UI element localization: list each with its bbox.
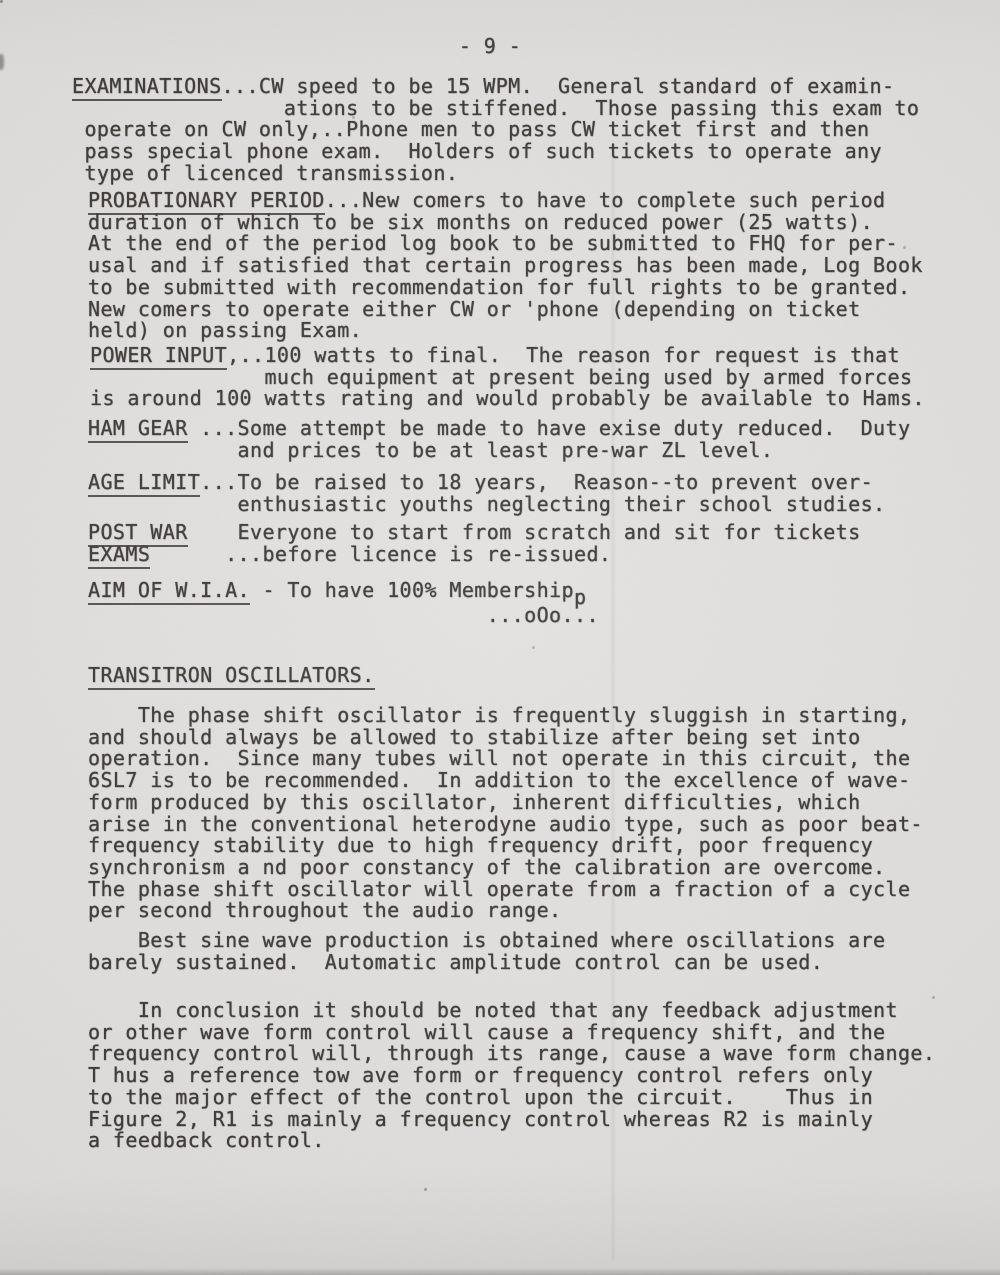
text-line: Figure 2, R1 is mainly a frequency contr… bbox=[88, 1109, 948, 1131]
text-segment: The phase shift oscillator will operate … bbox=[88, 877, 910, 901]
text-line: type of licenced transmission. bbox=[72, 163, 932, 185]
section-heading: TRANSITRON OSCILLATORS. bbox=[88, 665, 948, 687]
section-transitron-para-3: In conclusion it should be noted that an… bbox=[88, 1000, 948, 1152]
text-segment: New comers to operate either CW or 'phon… bbox=[88, 297, 861, 321]
text-segment: synchronism a nd poor constancy of the c… bbox=[88, 855, 886, 879]
section-probationary-period: PROBATIONARY PERIOD...New comers to have… bbox=[88, 190, 948, 342]
text-line: HAM GEAR ...Some attempt be made to have… bbox=[88, 418, 948, 440]
text-line: PROBATIONARY PERIOD...New comers to have… bbox=[88, 190, 948, 212]
text-segment: arise in the conventional heterodyne aud… bbox=[88, 812, 923, 836]
text-line: frequency control will, through its rang… bbox=[88, 1043, 948, 1065]
text-segment: T hus a reference tow ave form or freque… bbox=[88, 1063, 873, 1087]
text-segment: The phase shift oscillator is frequently… bbox=[88, 703, 910, 727]
text-line: POST WAR Everyone to start from scratch … bbox=[88, 522, 948, 544]
text-segment: In conclusion it should be noted that an… bbox=[88, 998, 898, 1022]
text-line: or other wave form control will cause a … bbox=[88, 1022, 948, 1044]
text-segment: to the major effect of the control upon … bbox=[88, 1085, 873, 1109]
text-line: ations to be stiffened. Those passing th… bbox=[72, 98, 932, 120]
text-segment: is around 100 watts rating and would pro… bbox=[90, 386, 925, 410]
text-line: duration of which to be six months on re… bbox=[88, 212, 948, 234]
text-segment: Figure 2, R1 is mainly a frequency contr… bbox=[88, 1107, 873, 1131]
text-segment: usal and if satisfied that certain progr… bbox=[88, 253, 923, 277]
text-segment: or other wave form control will cause a … bbox=[88, 1020, 886, 1044]
text-line: synchronism a nd poor constancy of the c… bbox=[88, 857, 948, 879]
section-transitron-para-2: Best sine wave production is obtained wh… bbox=[88, 930, 948, 973]
text-segment: ...CW speed to be 15 WPM. General standa… bbox=[222, 74, 895, 98]
text-segment: - To have 100% Membership bbox=[250, 578, 574, 602]
text-line: to be submitted with recommendation for … bbox=[88, 277, 948, 299]
text-segment: frequency control will, through its rang… bbox=[88, 1041, 935, 1065]
text-segment: ...New comers to have to complete such p… bbox=[325, 188, 886, 212]
text-segment: frequency stability due to high frequenc… bbox=[88, 833, 873, 857]
text-segment: held) on passing Exam. bbox=[88, 318, 362, 342]
section-examinations: EXAMINATIONS...CW speed to be 15 WPM. Ge… bbox=[72, 76, 932, 185]
text-line: EXAMINATIONS...CW speed to be 15 WPM. Ge… bbox=[72, 76, 932, 98]
text-segment: a feedback control. bbox=[88, 1128, 325, 1152]
text-line: barely sustained. Automatic amplitude co… bbox=[88, 952, 948, 974]
topic-label: TRANSITRON OSCILLATORS. bbox=[88, 663, 375, 690]
text-segment: Everyone to start from scratch and sit f… bbox=[188, 520, 861, 544]
text-line: At the end of the period log book to be … bbox=[88, 233, 948, 255]
section-ham-gear: HAM GEAR ...Some attempt be made to have… bbox=[88, 418, 948, 461]
text-line: The phase shift oscillator is frequently… bbox=[88, 705, 948, 727]
text-line: held) on passing Exam. bbox=[88, 320, 948, 342]
text-segment: ...before licence is re-issued. bbox=[150, 542, 611, 566]
text-segment: barely sustained. Automatic amplitude co… bbox=[88, 950, 823, 974]
text-line: is around 100 watts rating and would pro… bbox=[90, 388, 950, 410]
text-line: POWER INPUT,..100 watts to final. The re… bbox=[90, 345, 950, 367]
text-segment: ,..100 watts to final. The reason for re… bbox=[227, 343, 900, 367]
text-segment: operation. Since many tubes will not ope… bbox=[88, 746, 910, 770]
text-line: and should always be allowed to stabiliz… bbox=[88, 727, 948, 749]
text-line: The phase shift oscillator will operate … bbox=[88, 879, 948, 901]
text-line: pass special phone exam. Holders of such… bbox=[72, 141, 932, 163]
document-content: EXAMINATIONS...CW speed to be 15 WPM. Ge… bbox=[0, 0, 1000, 1275]
text-segment: Best sine wave production is obtained wh… bbox=[88, 928, 886, 952]
text-segment: to be submitted with recommendation for … bbox=[88, 275, 910, 299]
section-transitron-para-1: The phase shift oscillator is frequently… bbox=[88, 705, 948, 922]
text-segment: pass special phone exam. Holders of such… bbox=[72, 139, 882, 163]
text-segment: per second throughout the audio range. bbox=[88, 898, 562, 922]
text-segment: and prices to be at least pre-war ZL lev… bbox=[88, 438, 773, 462]
text-segment: ...Some attempt be made to have exise du… bbox=[188, 416, 911, 440]
scan-bottom-edge bbox=[0, 1268, 1000, 1275]
text-segment: ...oOo... bbox=[88, 603, 599, 627]
text-line: T hus a reference tow ave form or freque… bbox=[88, 1065, 948, 1087]
text-segment: operate on CW only,..Phone men to pass C… bbox=[72, 117, 870, 141]
text-line: form produced by this oscillator, inhere… bbox=[88, 792, 948, 814]
text-line: much equipment at present being used by … bbox=[90, 367, 950, 389]
text-line: and prices to be at least pre-war ZL lev… bbox=[88, 440, 948, 462]
text-line: ...oOo... bbox=[88, 605, 948, 627]
text-line: arise in the conventional heterodyne aud… bbox=[88, 814, 948, 836]
text-line: enthusiastic youths neglecting their sch… bbox=[88, 494, 948, 516]
topic-label: EXAMS bbox=[88, 542, 150, 569]
text-line: frequency stability due to high frequenc… bbox=[88, 835, 948, 857]
section-age-limit: AGE LIMIT...To be raised to 18 years, Re… bbox=[88, 472, 948, 515]
section-post-war-exams: POST WAR Everyone to start from scratch … bbox=[88, 522, 948, 565]
subscript-character: p bbox=[574, 587, 586, 609]
text-segment: much equipment at present being used by … bbox=[90, 365, 912, 389]
text-line: AGE LIMIT...To be raised to 18 years, Re… bbox=[88, 472, 948, 494]
text-segment: type of licenced transmission. bbox=[72, 161, 458, 185]
text-line: operation. Since many tubes will not ope… bbox=[88, 748, 948, 770]
scanned-document-page: - 9 - EXAMINATIONS...CW speed to be 15 W… bbox=[0, 0, 1000, 1275]
section-power-input: POWER INPUT,..100 watts to final. The re… bbox=[90, 345, 950, 410]
text-line: to the major effect of the control upon … bbox=[88, 1087, 948, 1109]
text-segment: form produced by this oscillator, inhere… bbox=[88, 790, 861, 814]
text-segment: 6SL7 is to be recommended. In addition t… bbox=[88, 768, 910, 792]
text-line: a feedback control. bbox=[88, 1130, 948, 1152]
section-transitron-heading: TRANSITRON OSCILLATORS. bbox=[88, 665, 948, 687]
text-line: usal and if satisfied that certain progr… bbox=[88, 255, 948, 277]
text-line: Best sine wave production is obtained wh… bbox=[88, 930, 948, 952]
topic-label: AIM OF W.I.A. bbox=[88, 578, 250, 605]
text-line: per second throughout the audio range. bbox=[88, 900, 948, 922]
text-segment: and should always be allowed to stabiliz… bbox=[88, 725, 861, 749]
text-segment: duration of which to be six months on re… bbox=[88, 210, 873, 234]
text-segment: At the end of the period log book to be … bbox=[88, 231, 898, 255]
text-line: 6SL7 is to be recommended. In addition t… bbox=[88, 770, 948, 792]
text-segment: ...To be raised to 18 years, Reason--to … bbox=[200, 470, 873, 494]
text-segment: ations to be stiffened. Those passing th… bbox=[72, 96, 919, 120]
text-line: AIM OF W.I.A. - To have 100% Membershipp bbox=[88, 580, 948, 602]
text-segment: enthusiastic youths neglecting their sch… bbox=[88, 492, 886, 516]
text-line: operate on CW only,..Phone men to pass C… bbox=[72, 119, 932, 141]
text-line: New comers to operate either CW or 'phon… bbox=[88, 299, 948, 321]
section-aim-of-wia: AIM OF W.I.A. - To have 100% Membershipp… bbox=[88, 580, 948, 626]
text-line: In conclusion it should be noted that an… bbox=[88, 1000, 948, 1022]
text-line: EXAMS ...before licence is re-issued. bbox=[88, 544, 948, 566]
